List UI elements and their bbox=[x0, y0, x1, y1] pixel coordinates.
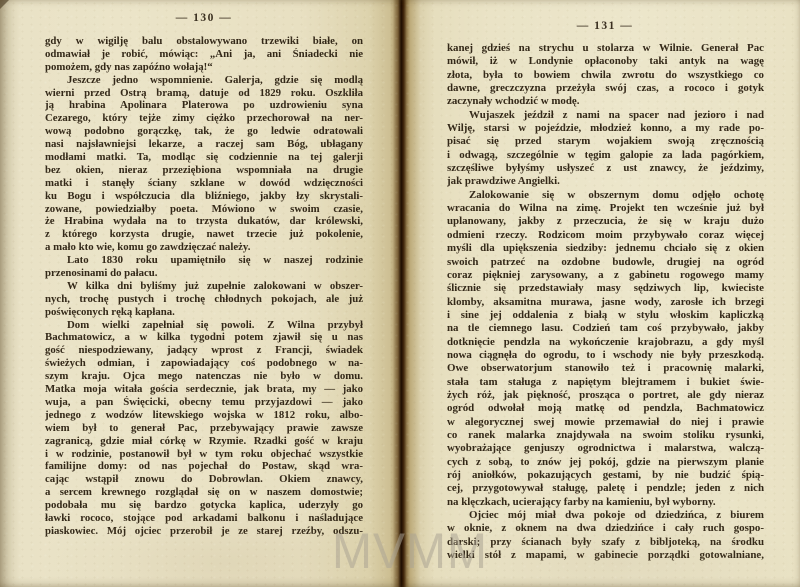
text-line: szym kraju. Ojca mego natenczas nie było… bbox=[45, 370, 363, 383]
text-line: mówił, iż w Londynie opłaconoby taki ant… bbox=[447, 55, 764, 68]
text-line: darski; przy ścianach były szafy z biblj… bbox=[447, 536, 764, 549]
text-line: Bachmatowicz, a w kilka tygodni potem zj… bbox=[45, 331, 363, 344]
page-text-left: gdy w wigilję balu obstalowywano trzewik… bbox=[45, 35, 363, 538]
text-line: jak prawdziwe Angielki. bbox=[447, 175, 764, 188]
text-line: że Hrabina wydała na to trzysta dukatów,… bbox=[45, 215, 363, 228]
text-line: nasi najsławniejsi lekarze, a raczej sam… bbox=[45, 138, 363, 151]
page-right: — 131 — kanej gdzieś na strychu u stolar… bbox=[401, 0, 800, 587]
text-line: cając wstąpił znowu do Dobrowlan. Okiem … bbox=[45, 473, 363, 486]
text-line: wiem był to generał Pac, przebywający pr… bbox=[45, 422, 363, 435]
text-line: ślicznie się przedstawiały masy sędziwyc… bbox=[447, 282, 764, 295]
text-line: Lato 1830 roku upamiętniło się w naszej … bbox=[45, 254, 363, 267]
text-line: Matka moja witała gościa serdecznie, jak… bbox=[45, 383, 363, 396]
text-line: jednego z wodzów litewskiego wojska w 18… bbox=[45, 409, 363, 422]
text-line: cej, przygotowywał staługę, paletę i pen… bbox=[447, 482, 764, 495]
text-line: ogród odwołał moją matkę od pendzla, Bac… bbox=[447, 402, 764, 415]
text-line: ku Bogu i współczucia dla bliźniego, jak… bbox=[45, 190, 363, 203]
text-line: coraz piękniej zarysowany, a z gabinetu … bbox=[447, 269, 764, 282]
text-line: co ranek malarka znajdywała na swoim sto… bbox=[447, 429, 764, 442]
text-line: myśli dla upiększenia siedziby: jednemu … bbox=[447, 242, 764, 255]
text-line: podobała mu się bardzo gotycka kaplica, … bbox=[45, 499, 363, 512]
text-line: wierni przed Ostrą bramą, datuje od 1829… bbox=[45, 87, 363, 100]
book-gutter-shadow bbox=[393, 0, 410, 587]
text-line: a mało kto wie, komu go zawdzięczać nale… bbox=[45, 241, 363, 254]
text-line: dawne, greczczyzna przeżyła swój czas, a… bbox=[447, 82, 764, 95]
text-line: poświęconych ręką kapłana. bbox=[45, 306, 363, 319]
text-line: ją hrabina Apolinara Platerowa po uzdrow… bbox=[45, 99, 363, 112]
text-line: przenosinami do pałacu. bbox=[45, 267, 363, 280]
text-line: wyobrażające genjuszy ogrodnictwa i mala… bbox=[447, 442, 764, 455]
page-number-right: — 131 — bbox=[447, 20, 763, 32]
text-line: bez okien, nieraz przeziębiona wspomniał… bbox=[45, 164, 363, 177]
text-line: Jeszcze jedno wspomnienie. Galerja, gdzi… bbox=[45, 74, 363, 87]
text-line: matki i stanęły ściany szklane w dowód w… bbox=[45, 177, 363, 190]
text-line: pisać się przed starym wojakiem swoją zr… bbox=[447, 135, 764, 148]
text-line: stała tam staługa z napiętym blejtramem … bbox=[447, 376, 764, 389]
text-line: nych, trochę pustych i trochę chłodnych … bbox=[45, 293, 363, 306]
text-line: złota, była to bowiem chwila zwrotu do w… bbox=[447, 69, 764, 82]
text-line: świeżych odmian, i zapowiadający coś pod… bbox=[45, 357, 363, 370]
text-line: na tle ciemnego lasu. Codzień tam coś pr… bbox=[447, 322, 764, 335]
text-line: gość niespodziewany, jadący wprost z Fra… bbox=[45, 344, 363, 357]
text-line: W kilka dni byliśmy już zupełnie zalokow… bbox=[45, 280, 363, 293]
text-line: Wilję, starsi w pojeździe, młodzież konn… bbox=[447, 122, 764, 135]
text-line: cych z sobą, to znów jej pokój, gdzie na… bbox=[447, 456, 764, 469]
text-line: wową podobno gorączkę, tak, że go ledwie… bbox=[45, 125, 363, 138]
text-line: pomożem, gdy nas zapóźno wołają!“ bbox=[45, 61, 363, 74]
text-line: Wujaszek jeździł z nami na spacer nad je… bbox=[447, 109, 764, 122]
text-line: Zalokowanie się w obszernym domu odjęło … bbox=[447, 189, 764, 202]
text-line: wuja, a pan Święcicki, obecny temu przyj… bbox=[45, 396, 363, 409]
page-text-right: kanej gdzieś na strychu u stolarza w Wil… bbox=[447, 42, 764, 562]
text-line: Owe obserwatorjum stanowiło też i pracow… bbox=[447, 362, 764, 375]
text-line: Cezarego, który tejże zimy ciężko przech… bbox=[45, 112, 363, 125]
text-line: wracania do Wilna na zimę. Projekt ten w… bbox=[447, 202, 764, 215]
text-line: i w rodzinie, postanowił był w tym roku … bbox=[45, 448, 363, 461]
text-line: piaskowiec. Mój ojciec przerobił je ze s… bbox=[45, 525, 363, 538]
text-line: żych róż, jak piękność, prosząca o portr… bbox=[447, 389, 764, 402]
text-line: a sercem krewnego rozglądał się on w nas… bbox=[45, 486, 363, 499]
text-line: i odwagą, szczególnie w tęgim galopie za… bbox=[447, 149, 764, 162]
text-line: Dom wielki zapełniał się powoli. Z Wilna… bbox=[45, 319, 363, 332]
scan-corner-artifact bbox=[0, 0, 9, 9]
text-line: zowane, powiedziałby poeta. Mówiono w sw… bbox=[45, 203, 363, 216]
text-line: gdy w wigilję balu obstalowywano trzewik… bbox=[45, 35, 363, 48]
text-line: odmieni rzeczy. Rodzicom moim przybywało… bbox=[447, 229, 764, 242]
text-line: wielki stół z mapami, w gabinecie porząd… bbox=[447, 549, 764, 562]
text-line: familijne domy: od nas pojechał do Posta… bbox=[45, 460, 363, 473]
text-line: na klęczkach, ucierający farby na kamien… bbox=[447, 496, 764, 509]
text-line: i sine jej oddalenia z białą w stylu wło… bbox=[447, 309, 764, 322]
text-line: dotknięcie pendzla na wykończenie krajob… bbox=[447, 336, 764, 349]
text-line: z którego korzysta drugie, nawet trzecie… bbox=[45, 228, 363, 241]
book-spread: — 130 — gdy w wigilję balu obstalowywano… bbox=[0, 0, 800, 587]
text-line: klomby, aksamitna murawa, jasne wody, za… bbox=[447, 296, 764, 309]
text-line: modłami matki. Ta, modląc się codziennie… bbox=[45, 151, 363, 164]
text-line: w oknie, z oknem na dwa dziedzińce i cał… bbox=[447, 522, 764, 535]
text-line: zaczynały wchodzić w modę. bbox=[447, 95, 764, 108]
text-line: rój aniołków, pokazujących gestami, by n… bbox=[447, 469, 764, 482]
text-line: Ojciec mój miał dwa pokoje od dziedzińca… bbox=[447, 509, 764, 522]
text-line: kanej gdzieś na strychu u stolarza w Wil… bbox=[447, 42, 764, 55]
page-number-left: — 130 — bbox=[45, 12, 363, 24]
text-line: zagranicą, gdzie miał córkę w Rzymie. Rz… bbox=[45, 435, 363, 448]
text-line: odmawiał je robić, mówiąc: „Ani ja, ani … bbox=[45, 48, 363, 61]
text-line: nowa ciągnęła do ogrodu, to i wschody ni… bbox=[447, 349, 764, 362]
text-line: swoich patrzeć na ozdobne budowle, drugi… bbox=[447, 256, 764, 269]
text-line: uplanowany, jakby z przeczucia, że się w… bbox=[447, 215, 764, 228]
text-line: w alegorycznej swej mowie przemawiał do … bbox=[447, 416, 764, 429]
text-line: ławki rococo, stojące pod arkadami balko… bbox=[45, 512, 363, 525]
text-line: szczęśliwe byłyśmy usłyszeć z ust znawcy… bbox=[447, 162, 764, 175]
page-left: — 130 — gdy w wigilję balu obstalowywano… bbox=[0, 0, 401, 587]
